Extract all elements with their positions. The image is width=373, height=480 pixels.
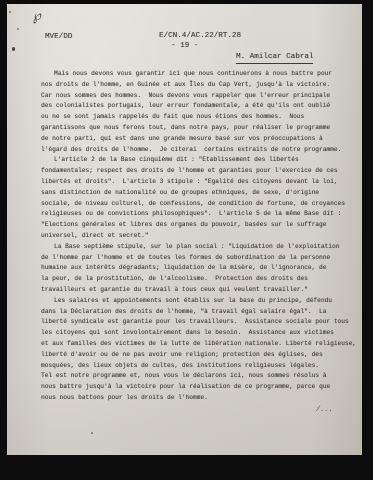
text-line: travailleurs et garantie du travail à to… — [41, 285, 346, 296]
text-line: nous nous battons pour les droits de l'h… — [41, 393, 346, 404]
text-line: religieuses ou de convictions philosophi… — [41, 209, 346, 220]
text-line: Les salaires et appointements sont établ… — [41, 296, 346, 307]
scanned-document-screenshot: { "page": { "handwritten_mark": "℘", "co… — [0, 0, 373, 480]
text-line: libertés et droits". L'article 3 stipule… — [41, 177, 346, 188]
text-line: Car nous sommes des hommes. Nous devons … — [41, 91, 346, 102]
office-code: MVE/DD — [45, 33, 72, 42]
text-line: sociale, de niveau culturel, de confessi… — [41, 199, 346, 210]
text-line: la peur, de la prostitution, de l'alcool… — [41, 274, 346, 285]
text-line: de notre parti, qui est dans une grande … — [41, 134, 346, 145]
text-line: Mais nous devons vous garantir ici que n… — [41, 69, 346, 80]
text-line: liberté d'avoir ou de ne pas avoir une r… — [41, 350, 346, 361]
document-symbol: E/CN.4/AC.22/RT.28 — [159, 32, 241, 41]
text-line: garantissons que nous ferons tout, dans … — [41, 123, 346, 134]
ink-speck — [91, 432, 93, 434]
text-line: dans la Déclaration des droits de l'homm… — [41, 307, 346, 318]
text-line: "Elections générales et libres des organ… — [41, 220, 346, 231]
page-number: - 19 - — [171, 42, 198, 51]
text-line: liberté syndicale est garantie pour les … — [41, 317, 346, 328]
paragraph: Mais nous devons vous garantir ici que n… — [41, 69, 346, 155]
ink-speck — [17, 28, 19, 30]
speaker-name: M. Amilcar Cabral — [236, 53, 313, 64]
handwritten-annotation: ℘ — [31, 8, 43, 25]
ink-speck — [12, 47, 15, 51]
text-line: sans distinction de nationalité ou de gr… — [41, 188, 346, 199]
text-line: nous battre jusqu'à la victoire pour la … — [41, 382, 346, 393]
text-line: les citoyens qui sont involontairement d… — [41, 328, 346, 339]
text-line: humaine aux intérêts dégradants; liquida… — [41, 263, 346, 274]
text-line: L'article 2 de la Base cinquième dit : "… — [41, 155, 346, 166]
text-line: des colonialistes portugais, leur erreur… — [41, 101, 346, 112]
text-line: mosquées, des lieux objets de cultes, de… — [41, 361, 346, 372]
text-line: universel, direct et secret." — [41, 231, 346, 242]
paragraph: La Base septième stipule, sur le plan so… — [41, 242, 346, 296]
continuation-mark: /... — [316, 406, 333, 414]
text-line: ou ne se sont jamais rappelés du fait qu… — [41, 112, 346, 123]
document-page: ℘ MVE/DD E/CN.4/AC.22/RT.28 - 19 - M. Am… — [7, 4, 362, 455]
text-line: de l'homme par l'homme et de toutes les … — [41, 253, 346, 264]
ink-speck — [9, 11, 11, 13]
text-line: et aux familles des victimes de la lutte… — [41, 339, 346, 350]
paragraph: L'article 2 de la Base cinquième dit : "… — [41, 155, 346, 241]
paragraph: Les salaires et appointements sont établ… — [41, 296, 346, 404]
text-line: nos droits de l'homme, en Guinée et aux … — [41, 80, 346, 91]
text-line: fondamentales; respect des droits de l'h… — [41, 166, 346, 177]
document-body: Mais nous devons vous garantir ici que n… — [41, 69, 346, 404]
text-line: La Base septième stipule, sur le plan so… — [41, 242, 346, 253]
text-line: l'égard des droits de l'homme. Je citera… — [41, 145, 346, 156]
text-line: Tel est notre programme et, nous vous le… — [41, 371, 346, 382]
